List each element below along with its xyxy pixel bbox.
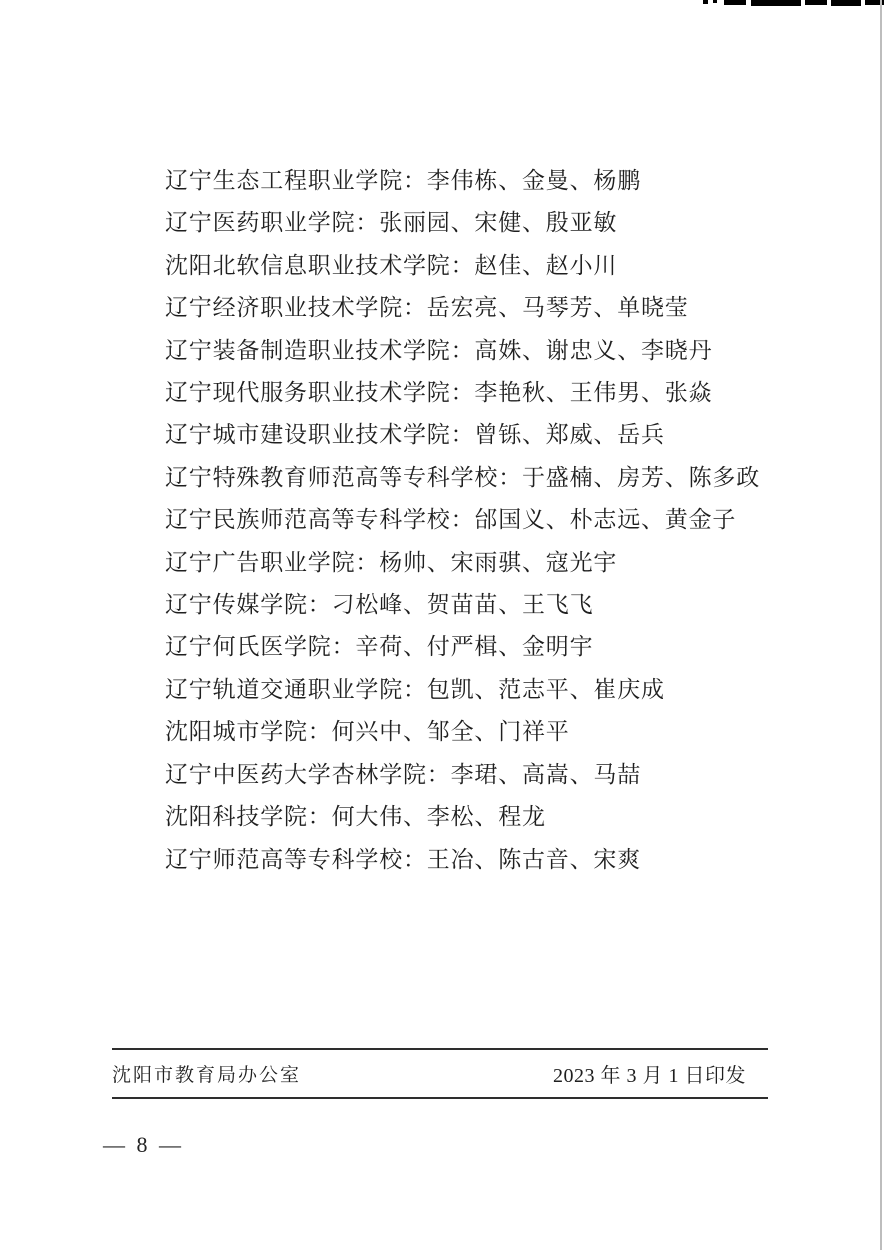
school-names-line: 辽宁轨道交通职业学院：包凯、范志平、崔庆成 xyxy=(165,669,835,711)
school-representatives-list: 辽宁生态工程职业学院：李伟栋、金曼、杨鹏辽宁医药职业学院：张丽园、宋健、殷亚敏沈… xyxy=(165,160,835,881)
school-names-line: 辽宁广告职业学院：杨帅、宋雨骐、寇光宇 xyxy=(165,542,835,584)
scan-smudge xyxy=(805,0,827,5)
school-names-line: 辽宁经济职业技术学院：岳宏亮、马琴芳、单晓莹 xyxy=(165,287,835,329)
school-names-line: 辽宁城市建设职业技术学院：曾铄、郑威、岳兵 xyxy=(165,414,835,456)
scan-smudge xyxy=(724,0,746,5)
school-names-line: 沈阳北软信息职业技术学院：赵佳、赵小川 xyxy=(165,245,835,287)
scan-smudge xyxy=(703,0,708,4)
school-names-line: 辽宁中医药大学杏林学院：李珺、高嵩、马喆 xyxy=(165,754,835,796)
footer-row: 沈阳市教育局办公室 2023 年 3 月 1 日印发 xyxy=(112,1050,768,1097)
footer-rule-bottom xyxy=(112,1097,768,1099)
school-names-line: 辽宁民族师范高等专科学校：邰国义、朴志远、黄金子 xyxy=(165,499,835,541)
school-names-line: 辽宁医药职业学院：张丽园、宋健、殷亚敏 xyxy=(165,202,835,244)
scan-artifact-top-edge xyxy=(0,0,884,10)
school-names-line: 沈阳科技学院：何大伟、李松、程龙 xyxy=(165,796,835,838)
school-names-line: 辽宁师范高等专科学校：王冶、陈古音、宋爽 xyxy=(165,839,835,881)
school-names-line: 沈阳城市学院：何兴中、邹全、门祥平 xyxy=(165,711,835,753)
issuing-office: 沈阳市教育局办公室 xyxy=(112,1060,301,1087)
school-names-line: 辽宁装备制造职业技术学院：高姝、谢忠义、李晓丹 xyxy=(165,330,835,372)
school-names-line: 辽宁何氏医学院：辛荷、付严楫、金明宇 xyxy=(165,626,835,668)
scan-smudge xyxy=(713,0,717,3)
page-number: — 8 — xyxy=(103,1132,184,1158)
scan-smudge xyxy=(831,0,861,6)
school-names-line: 辽宁生态工程职业学院：李伟栋、金曼、杨鹏 xyxy=(165,160,835,202)
school-names-line: 辽宁特殊教育师范高等专科学校：于盛楠、房芳、陈多政 xyxy=(165,457,835,499)
scan-smudge xyxy=(751,0,801,6)
print-date: 2023 年 3 月 1 日印发 xyxy=(553,1059,746,1088)
school-names-line: 辽宁现代服务职业技术学院：李艳秋、王伟男、张焱 xyxy=(165,372,835,414)
document-footer: 沈阳市教育局办公室 2023 年 3 月 1 日印发 xyxy=(112,1048,768,1099)
scan-artifact-right-edge xyxy=(880,0,882,1250)
school-names-line: 辽宁传媒学院：刁松峰、贺苗苗、王飞飞 xyxy=(165,584,835,626)
